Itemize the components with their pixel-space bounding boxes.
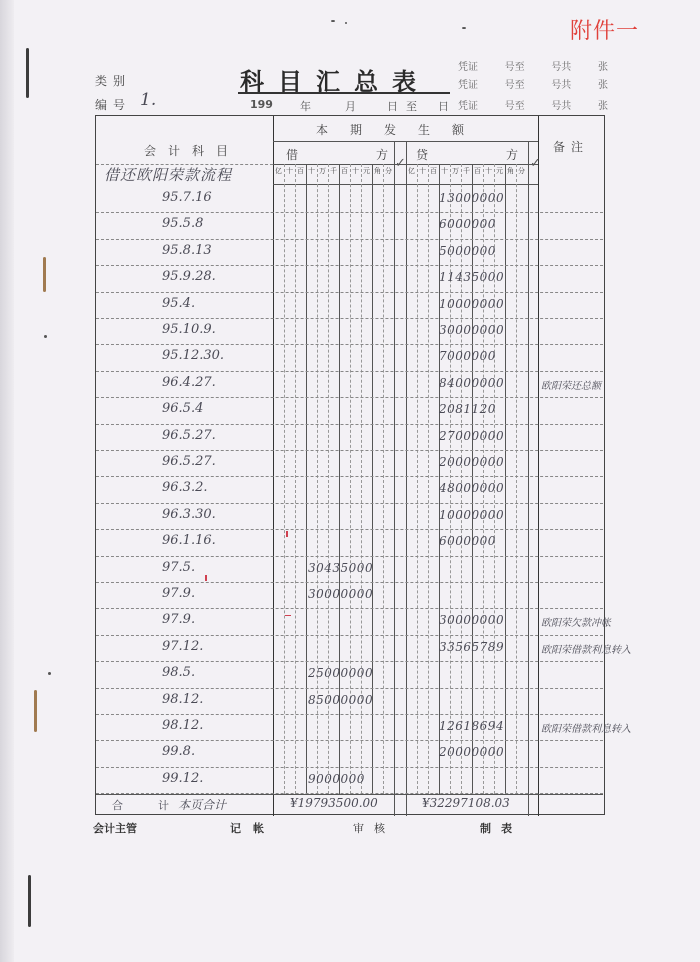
digit-header: 十 <box>417 166 428 176</box>
row-credit-amount: 2081120 <box>439 402 496 416</box>
row-credit-amount: 33565789 <box>439 640 504 654</box>
date-year: 年 <box>300 98 311 114</box>
row-credit-amount: 10000000 <box>439 297 504 311</box>
staple-bottom <box>28 875 31 927</box>
voucher-count: 号共 <box>551 76 571 91</box>
page-edge-shadow <box>0 0 14 962</box>
debit-check-mark: ✓ <box>395 156 406 171</box>
row-date: 96.1.16. <box>162 533 216 548</box>
row-credit-amount: 12618694 <box>439 719 504 733</box>
total-row: 合 计 本页合计 ¥19793500.00 ¥32297108.03 <box>96 794 604 816</box>
row-credit-amount: 6000000 <box>439 217 496 231</box>
summary-table: 会计科目 本期发生额 借 方 贷 方 备注 ✓ ✓ 借还欧阳荣款流程 亿十百十万… <box>95 115 605 815</box>
digit-header: 万 <box>450 166 461 176</box>
row-credit-amount: 5000000 <box>439 244 496 258</box>
debit-header-right: 方 <box>376 146 388 163</box>
total-label-a: 合 <box>112 797 123 813</box>
table-row: 97.9.30000000 <box>96 582 604 608</box>
total-label-b: 计 <box>158 797 169 813</box>
row-credit-amount: 30000000 <box>439 613 504 627</box>
category-label: 类别 <box>95 72 131 89</box>
row-date: 97.9. <box>162 612 195 627</box>
row-credit-amount: 20000000 <box>439 745 504 759</box>
period-amount-header: 本期发生额 <box>316 121 486 138</box>
row-remark: 欧阳荣还总额 <box>541 377 601 392</box>
table-row: 95.8.135000000 <box>96 239 604 265</box>
credit-header-left: 贷 <box>416 146 428 163</box>
digit-header: 十 <box>350 166 361 176</box>
table-row: 99.8.20000000 <box>96 740 604 766</box>
table-row: 95.5.86000000 <box>96 212 604 238</box>
row-date: 95.9.28. <box>162 269 216 284</box>
table-row: 98.5.25000000 <box>96 661 604 687</box>
date-day-from: 日至 <box>387 98 425 114</box>
voucher-label: 凭证 <box>458 58 478 73</box>
row-date: 96.3.30. <box>162 507 216 522</box>
voucher-from: 号至 <box>505 97 525 112</box>
row-credit-amount: 27000000 <box>439 429 504 443</box>
row-credit-amount: 30000000 <box>439 323 504 337</box>
digit-header: 十 <box>306 166 317 176</box>
digit-header: 十 <box>439 166 450 176</box>
digit-header: 千 <box>461 166 472 176</box>
voucher-from: 号至 <box>505 58 525 73</box>
table-row: 96.1.16.6000000 <box>96 529 604 555</box>
row-credit-amount: 48000000 <box>439 481 504 495</box>
remarks-header: 备注 <box>553 138 589 155</box>
title-underline <box>238 92 450 94</box>
row-credit-amount: 6000000 <box>439 534 496 548</box>
debit-header-left: 借 <box>286 146 298 163</box>
row-date: 98.12. <box>162 692 203 707</box>
table-row: 95.9.28.11435000 <box>96 265 604 291</box>
table-row: 98.12.12618694欧阳荣借款利息转入 <box>96 714 604 740</box>
digit-header: 百 <box>472 166 483 176</box>
red-ink-mark <box>286 531 288 537</box>
staple-top <box>26 48 29 98</box>
table-row: 98.12.85000000 <box>96 688 604 714</box>
number-label: 编号 <box>95 96 131 113</box>
row-date: 96.5.27. <box>162 454 216 469</box>
row-debit-amount: 9000000 <box>308 772 365 786</box>
voucher-count: 号共 <box>551 58 571 73</box>
row-debit-amount: 85000000 <box>308 693 373 707</box>
row-debit-amount: 30000000 <box>308 587 373 601</box>
footer-supervisor: 会计主管 <box>93 820 137 836</box>
row-date: 95.12.30. <box>162 348 224 363</box>
table-row: 95.12.30.7000000 <box>96 344 604 370</box>
row-date: 99.8. <box>162 744 195 759</box>
date-month: 月 <box>345 98 356 114</box>
digit-header: 元 <box>494 166 505 176</box>
row-date: 96.4.27. <box>162 375 216 390</box>
voucher-line-2: 凭证 号至 号共 张 <box>458 76 608 91</box>
punch-mark <box>44 335 47 338</box>
date-year-prefix: 199 <box>250 98 273 111</box>
table-row: 95.10.9.30000000 <box>96 318 604 344</box>
date-day-to: 日 <box>438 98 449 114</box>
row-date: 99.12. <box>162 771 203 786</box>
table-row: 97.12.33565789欧阳荣借款利息转入 <box>96 635 604 661</box>
row-remark: 欧阳荣借款利息转入 <box>541 641 631 656</box>
header-rule-4 <box>273 184 538 185</box>
row-date: 97.5. <box>162 560 195 575</box>
row-remark: 欧阳荣欠款冲帐 <box>541 614 611 629</box>
digit-header: 十 <box>284 166 295 176</box>
voucher-line-1: 凭证 号至 号共 张 <box>458 58 608 73</box>
table-row: 96.5.27.27000000 <box>96 424 604 450</box>
credit-header-right: 方 <box>506 146 518 163</box>
total-debit: ¥19793500.00 <box>290 796 378 810</box>
row-remark: 欧阳荣借款利息转入 <box>541 720 631 735</box>
voucher-count: 号共 <box>551 97 571 112</box>
row-debit-amount: 30435000 <box>308 561 373 575</box>
voucher-unit: 张 <box>598 97 608 112</box>
row-credit-amount: 13000000 <box>439 191 504 205</box>
subject-column-header: 会计科目 <box>144 142 240 159</box>
digit-header: 亿 <box>273 166 284 176</box>
row-date: 96.5.4 <box>162 401 203 416</box>
number-value: 1. <box>140 90 156 110</box>
row-date: 96.5.27. <box>162 428 216 443</box>
digit-header: 千 <box>328 166 339 176</box>
digit-header: 万 <box>317 166 328 176</box>
scan-speck <box>462 27 466 29</box>
digit-header: 亿 <box>406 166 417 176</box>
staple-lower-middle <box>34 690 37 732</box>
table-row: 96.5.27.20000000 <box>96 450 604 476</box>
table-row: 96.3.30.10000000 <box>96 503 604 529</box>
voucher-label: 凭证 <box>458 97 478 112</box>
scan-speck <box>345 22 347 24</box>
staple-upper-middle <box>43 257 46 292</box>
red-ink-mark <box>205 575 207 581</box>
total-note: 本页合计 <box>178 796 226 813</box>
digit-header: 分 <box>516 166 527 176</box>
table-row: 99.12.9000000 <box>96 767 604 793</box>
digit-header: 分 <box>383 166 394 176</box>
row-date: 98.5. <box>162 665 195 680</box>
footer-auditor: 审核 <box>353 820 395 836</box>
table-row: 96.3.2.48000000 <box>96 476 604 502</box>
row-credit-amount: 11435000 <box>439 270 504 284</box>
digit-header: 角 <box>372 166 383 176</box>
voucher-label: 凭证 <box>458 76 478 91</box>
row-date: 95.8.13 <box>162 243 212 258</box>
digit-header: 百 <box>339 166 350 176</box>
row-credit-amount: 20000000 <box>439 455 504 469</box>
row-date: 95.4. <box>162 296 195 311</box>
header-rule-1 <box>273 141 538 142</box>
row-date: 97.9. <box>162 586 195 601</box>
red-ink-mark <box>285 615 291 616</box>
voucher-unit: 张 <box>598 58 608 73</box>
table-row: 95.7.1613000000 <box>96 186 604 212</box>
row-debit-amount: 25000000 <box>308 666 373 680</box>
row-credit-amount: 7000000 <box>439 349 496 363</box>
row-date: 96.3.2. <box>162 480 207 495</box>
attachment-label: 附件一 <box>570 14 639 45</box>
table-row: 96.5.42081120 <box>96 397 604 423</box>
voucher-unit: 张 <box>598 76 608 91</box>
footer-bookkeeper: 记帐 <box>230 820 276 836</box>
table-row: 97.9.30000000欧阳荣欠款冲帐 <box>96 608 604 634</box>
digit-header: 十 <box>483 166 494 176</box>
punch-mark <box>48 672 51 675</box>
row-date: 95.5.8 <box>162 216 203 231</box>
digit-header: 元 <box>361 166 372 176</box>
row-credit-amount: 10000000 <box>439 508 504 522</box>
digit-header: 百 <box>428 166 439 176</box>
scan-speck <box>331 20 335 22</box>
row-credit-amount: 84000000 <box>439 376 504 390</box>
table-row: 95.4.10000000 <box>96 292 604 318</box>
row-date: 95.7.16 <box>162 190 212 205</box>
table-row: 96.4.27.84000000欧阳荣还总额 <box>96 371 604 397</box>
digit-header: 角 <box>505 166 516 176</box>
row-date: 98.12. <box>162 718 203 733</box>
subject-name: 借还欧阳荣款流程 <box>104 164 232 185</box>
voucher-line-3: 凭证 号至 号共 张 <box>458 97 608 112</box>
table-row: 97.5.30435000 <box>96 556 604 582</box>
footer-preparer: 制表 <box>480 820 522 836</box>
digit-header: 百 <box>295 166 306 176</box>
row-date: 97.12. <box>162 639 203 654</box>
credit-check-mark: ✓ <box>530 156 541 171</box>
total-credit: ¥32297108.03 <box>422 796 510 810</box>
voucher-from: 号至 <box>505 76 525 91</box>
row-date: 95.10.9. <box>162 322 216 337</box>
